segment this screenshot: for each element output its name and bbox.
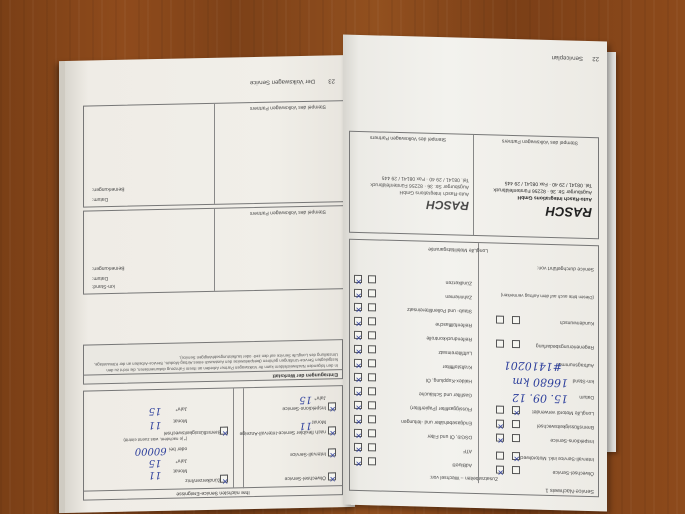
datum-label: Datum [579, 394, 594, 400]
checkbox-zuendkerzen[interactable] [220, 475, 228, 483]
checkbox-additional-ja[interactable] [368, 429, 376, 437]
event-label: Ölwechsel-Service [285, 475, 326, 482]
checkbox-additional-nein[interactable] [354, 373, 362, 381]
checkbox-additional-nein[interactable] [354, 359, 362, 367]
datum-label: Datum: [92, 275, 108, 281]
monat-label: Monat [312, 419, 326, 425]
checkbox-additional-ja[interactable] [368, 303, 376, 311]
checkbox-additional-nein[interactable] [354, 457, 362, 465]
additional-title: Zusatzarbeiten – Wechsel von: [429, 474, 498, 482]
service-by-label: Service durchgeführt von: [537, 265, 594, 272]
additional-item-label: Staub- und Pollenfiltereinsatz [407, 306, 472, 314]
checkbox-bremsfl-ja[interactable] [512, 420, 520, 428]
left-page: 23 Der Volkswagen Service Stempel des Vo… [59, 55, 355, 513]
checkbox-inspektions-service[interactable] [328, 402, 336, 410]
checkbox-kundenwunsch-ja[interactable] [512, 316, 520, 324]
checkbox-regeneration-ja[interactable] [512, 340, 520, 348]
regeneration-label: Regenerierungsbedarfung [536, 343, 594, 351]
handwritten-km: 60000 [135, 445, 167, 457]
checkbox-additional-ja[interactable] [368, 331, 376, 339]
service-record-table: Service-Nachweis 1 Zusatzarbeiten – Wech… [349, 239, 599, 498]
checkbox-additional-nein[interactable] [354, 429, 362, 437]
checkbox-additional-ja[interactable] [368, 457, 376, 465]
stamp-company: Auto-Rasch Integrations GmbH [400, 189, 469, 197]
service-item-label: Inspektions-Service [550, 437, 594, 444]
checkbox-additional-nein[interactable] [354, 303, 362, 311]
checkbox-inspektion-nein[interactable] [496, 434, 504, 442]
checkbox-additional-ja[interactable] [368, 275, 376, 283]
additional-item-label: Zündkerzen [446, 279, 472, 286]
event-label: Intervall-Service [290, 451, 326, 458]
stamp-company: Auto-Rasch Integrations GmbH [518, 194, 592, 202]
footnote: (* je nachdem, was zuerst eintritt) [123, 436, 187, 442]
service-section-title: Service-Nachweis 1 [545, 487, 594, 494]
oder-bei-label: oder bei [169, 445, 187, 451]
datum-label: Datum: [92, 196, 108, 202]
next-events-title: Ihre nächsten Service-Ereignisse [84, 485, 342, 499]
monat-label: Monat [173, 417, 187, 423]
bemerkungen-label: Bemerkungen: [92, 186, 125, 193]
checkbox-longlife-ja[interactable] [512, 406, 520, 414]
stamp-label: Stempel des Volkswagen Partners [250, 209, 326, 217]
additional-item-label: Luftfiltereinsatz [438, 349, 472, 356]
longlife-label: LongLife Mobilitätsgarantie [428, 246, 488, 254]
next-service-events: Ihre nächsten Service-Ereignisse Ölwechs… [83, 385, 343, 500]
checkbox-inspektion-ja[interactable] [512, 434, 520, 442]
checkbox-bremsfluessigkeit[interactable] [220, 427, 228, 435]
additional-item-label: Flüssiggasfilter (Papierfilter) [410, 404, 472, 412]
checkbox-additional-nein[interactable] [354, 443, 362, 451]
handwritten-monat: 11 [149, 469, 162, 480]
service-item-label: Ölwechsel-Service [553, 469, 594, 476]
left-page-number: 23 [328, 77, 335, 83]
jahr-label: Jahr* [176, 405, 188, 411]
stamp-address: Augsburger Str. 36 · 82256 Fürstenfeldbr… [370, 181, 469, 190]
stamp-brand: RASCH [426, 198, 469, 213]
handwritten-datum: 15. 09. 12 [512, 391, 568, 405]
checkbox-intervall-ja[interactable] [512, 452, 520, 460]
auftragsnummer-label: Auftragsnummer [557, 361, 594, 368]
km-stand-label: km-Stand: [92, 283, 115, 289]
checkbox-additional-nein[interactable] [354, 345, 362, 353]
handwritten-jahr: 15 [149, 405, 162, 416]
stamp-area: Stempel des Volkswagen Partners Stempel … [349, 131, 599, 240]
checkbox-longlife-nein[interactable] [496, 406, 504, 414]
checkbox-intervall-service[interactable] [328, 448, 336, 456]
service-item-label: Intervall-Service inkl. Motorölwechsel [512, 454, 594, 462]
checkbox-additional-ja[interactable] [368, 387, 376, 395]
event-label: nach flexibler Service-Intervall-Anzeige [240, 429, 326, 437]
service-item-label: LongLife Motoröl verwendet [532, 408, 594, 416]
additional-item-label: DSG®, Öl und Filter [427, 433, 472, 440]
handwritten-km-stand: 16680 km [512, 375, 568, 389]
additional-item-label: Zahnriemen [445, 293, 472, 300]
stamp-box-2: Stempel des Volkswagen Partners km-Stand… [83, 205, 347, 295]
stamp-label: Stempel des Volkswagen Partners [250, 104, 326, 112]
checkbox-oelwechsel-service[interactable] [328, 472, 336, 480]
checkbox-bremsfl-nein[interactable] [496, 420, 504, 428]
kundenwunsch-label: Kundenwunsch [560, 319, 594, 326]
handwritten-monat: 11 [149, 419, 162, 430]
service-booklet: 23 Der Volkswagen Service Stempel des Vo… [55, 38, 615, 478]
event-label: Inspektions-Service [282, 405, 326, 412]
checkbox-additional-ja[interactable] [368, 317, 376, 325]
right-page-header: Serviceplan [552, 54, 583, 61]
checkbox-additional-nein[interactable] [354, 317, 362, 325]
handwritten-jahr: 15 [149, 457, 162, 468]
checkbox-oelwechsel-ja[interactable] [512, 466, 520, 474]
checkbox-additional-ja[interactable] [368, 415, 376, 423]
checkbox-additional-nein[interactable] [354, 415, 362, 423]
monat-label: Monat [173, 467, 187, 473]
stamp-brand: RASCH [546, 204, 592, 220]
additional-item-label: Kraftstofffilter [443, 363, 472, 370]
checkbox-additional-ja[interactable] [368, 289, 376, 297]
checkbox-additional-ja[interactable] [368, 373, 376, 381]
handwritten-jahr: 15 [299, 394, 312, 405]
left-page-header: Der Volkswagen Service [250, 78, 315, 85]
workshop-section: Eintragungen der Werkstatt In den folgen… [83, 339, 343, 384]
additional-item-label: Endgasebehälter und -leitungen [401, 418, 472, 426]
service-item-label: Bremsflüssigkeitswechsel [537, 423, 594, 430]
checkbox-additional-nein[interactable] [354, 275, 362, 283]
dealer-stamp-2: RASCH Auto-Rasch Integrations GmbH Augsb… [355, 210, 469, 213]
checkbox-additional-ja[interactable] [368, 359, 376, 367]
bemerkungen-label: Bemerkungen: [92, 265, 125, 272]
event-label: Bremsflüssigkeitswechsel [164, 429, 221, 436]
handwritten-monat: 11 [299, 420, 312, 431]
right-page: 22 Serviceplan Stempel des Volkswagen Pa… [343, 35, 607, 512]
additional-item-label: Gasfilter und Schläuche [419, 391, 472, 398]
checkbox-oelwechsel-nein[interactable] [496, 466, 504, 474]
handwritten-auftragsnummer: #1410201 [504, 359, 562, 374]
checkbox-additional-ja[interactable] [368, 443, 376, 451]
right-page-number: 22 [592, 55, 599, 61]
km-stand-label: km-Stand [573, 378, 594, 385]
checkbox-additional-nein[interactable] [354, 331, 362, 339]
stamp-label: Stempel des Volkswagen Partners [370, 134, 446, 142]
additional-item-label: AdBlue® [452, 461, 472, 468]
additional-item-label: Reifenfüllflasche [435, 321, 472, 328]
checkbox-additional-ja[interactable] [368, 401, 376, 409]
checkbox-flexible-intervall[interactable] [328, 426, 336, 434]
dealer-stamp-1: RASCH Auto-Rasch Integrations GmbH Augsb… [478, 217, 592, 220]
stamp-label: Stempel des Volkswagen Partners [502, 138, 578, 146]
additional-item-label: Haldex-Kupplung, Öl [426, 377, 472, 384]
additional-item-label: Reifendruckkontrolle [426, 335, 472, 342]
jahr-label: Jahr* [314, 395, 326, 401]
additional-work-list: AdBlue® ATF DSG®, Öl und Filter Endgaseb… [352, 272, 474, 471]
stamp-address: Augsburger Str. 36 · 82256 Fürstenfeldbr… [493, 186, 592, 195]
checkbox-additional-ja[interactable] [368, 345, 376, 353]
checkbox-kundenwunsch-nein[interactable] [496, 316, 504, 324]
checkbox-regeneration-nein[interactable] [496, 340, 504, 348]
additional-item-label: ATF [463, 448, 472, 454]
event-label: Zündkerzen/Iniz [185, 477, 221, 484]
jahr-label: Jahr* [176, 457, 188, 463]
checkbox-additional-nein[interactable] [354, 387, 362, 395]
checkbox-additional-nein[interactable] [354, 289, 362, 297]
checkbox-intervall-nein[interactable] [496, 452, 504, 460]
stamp-box-1: Stempel des Volkswagen Partners Datum: B… [83, 100, 347, 208]
note-label: (Diesen bitte auch auf dem Auftrag verme… [501, 293, 594, 300]
checkbox-additional-nein[interactable] [354, 401, 362, 409]
